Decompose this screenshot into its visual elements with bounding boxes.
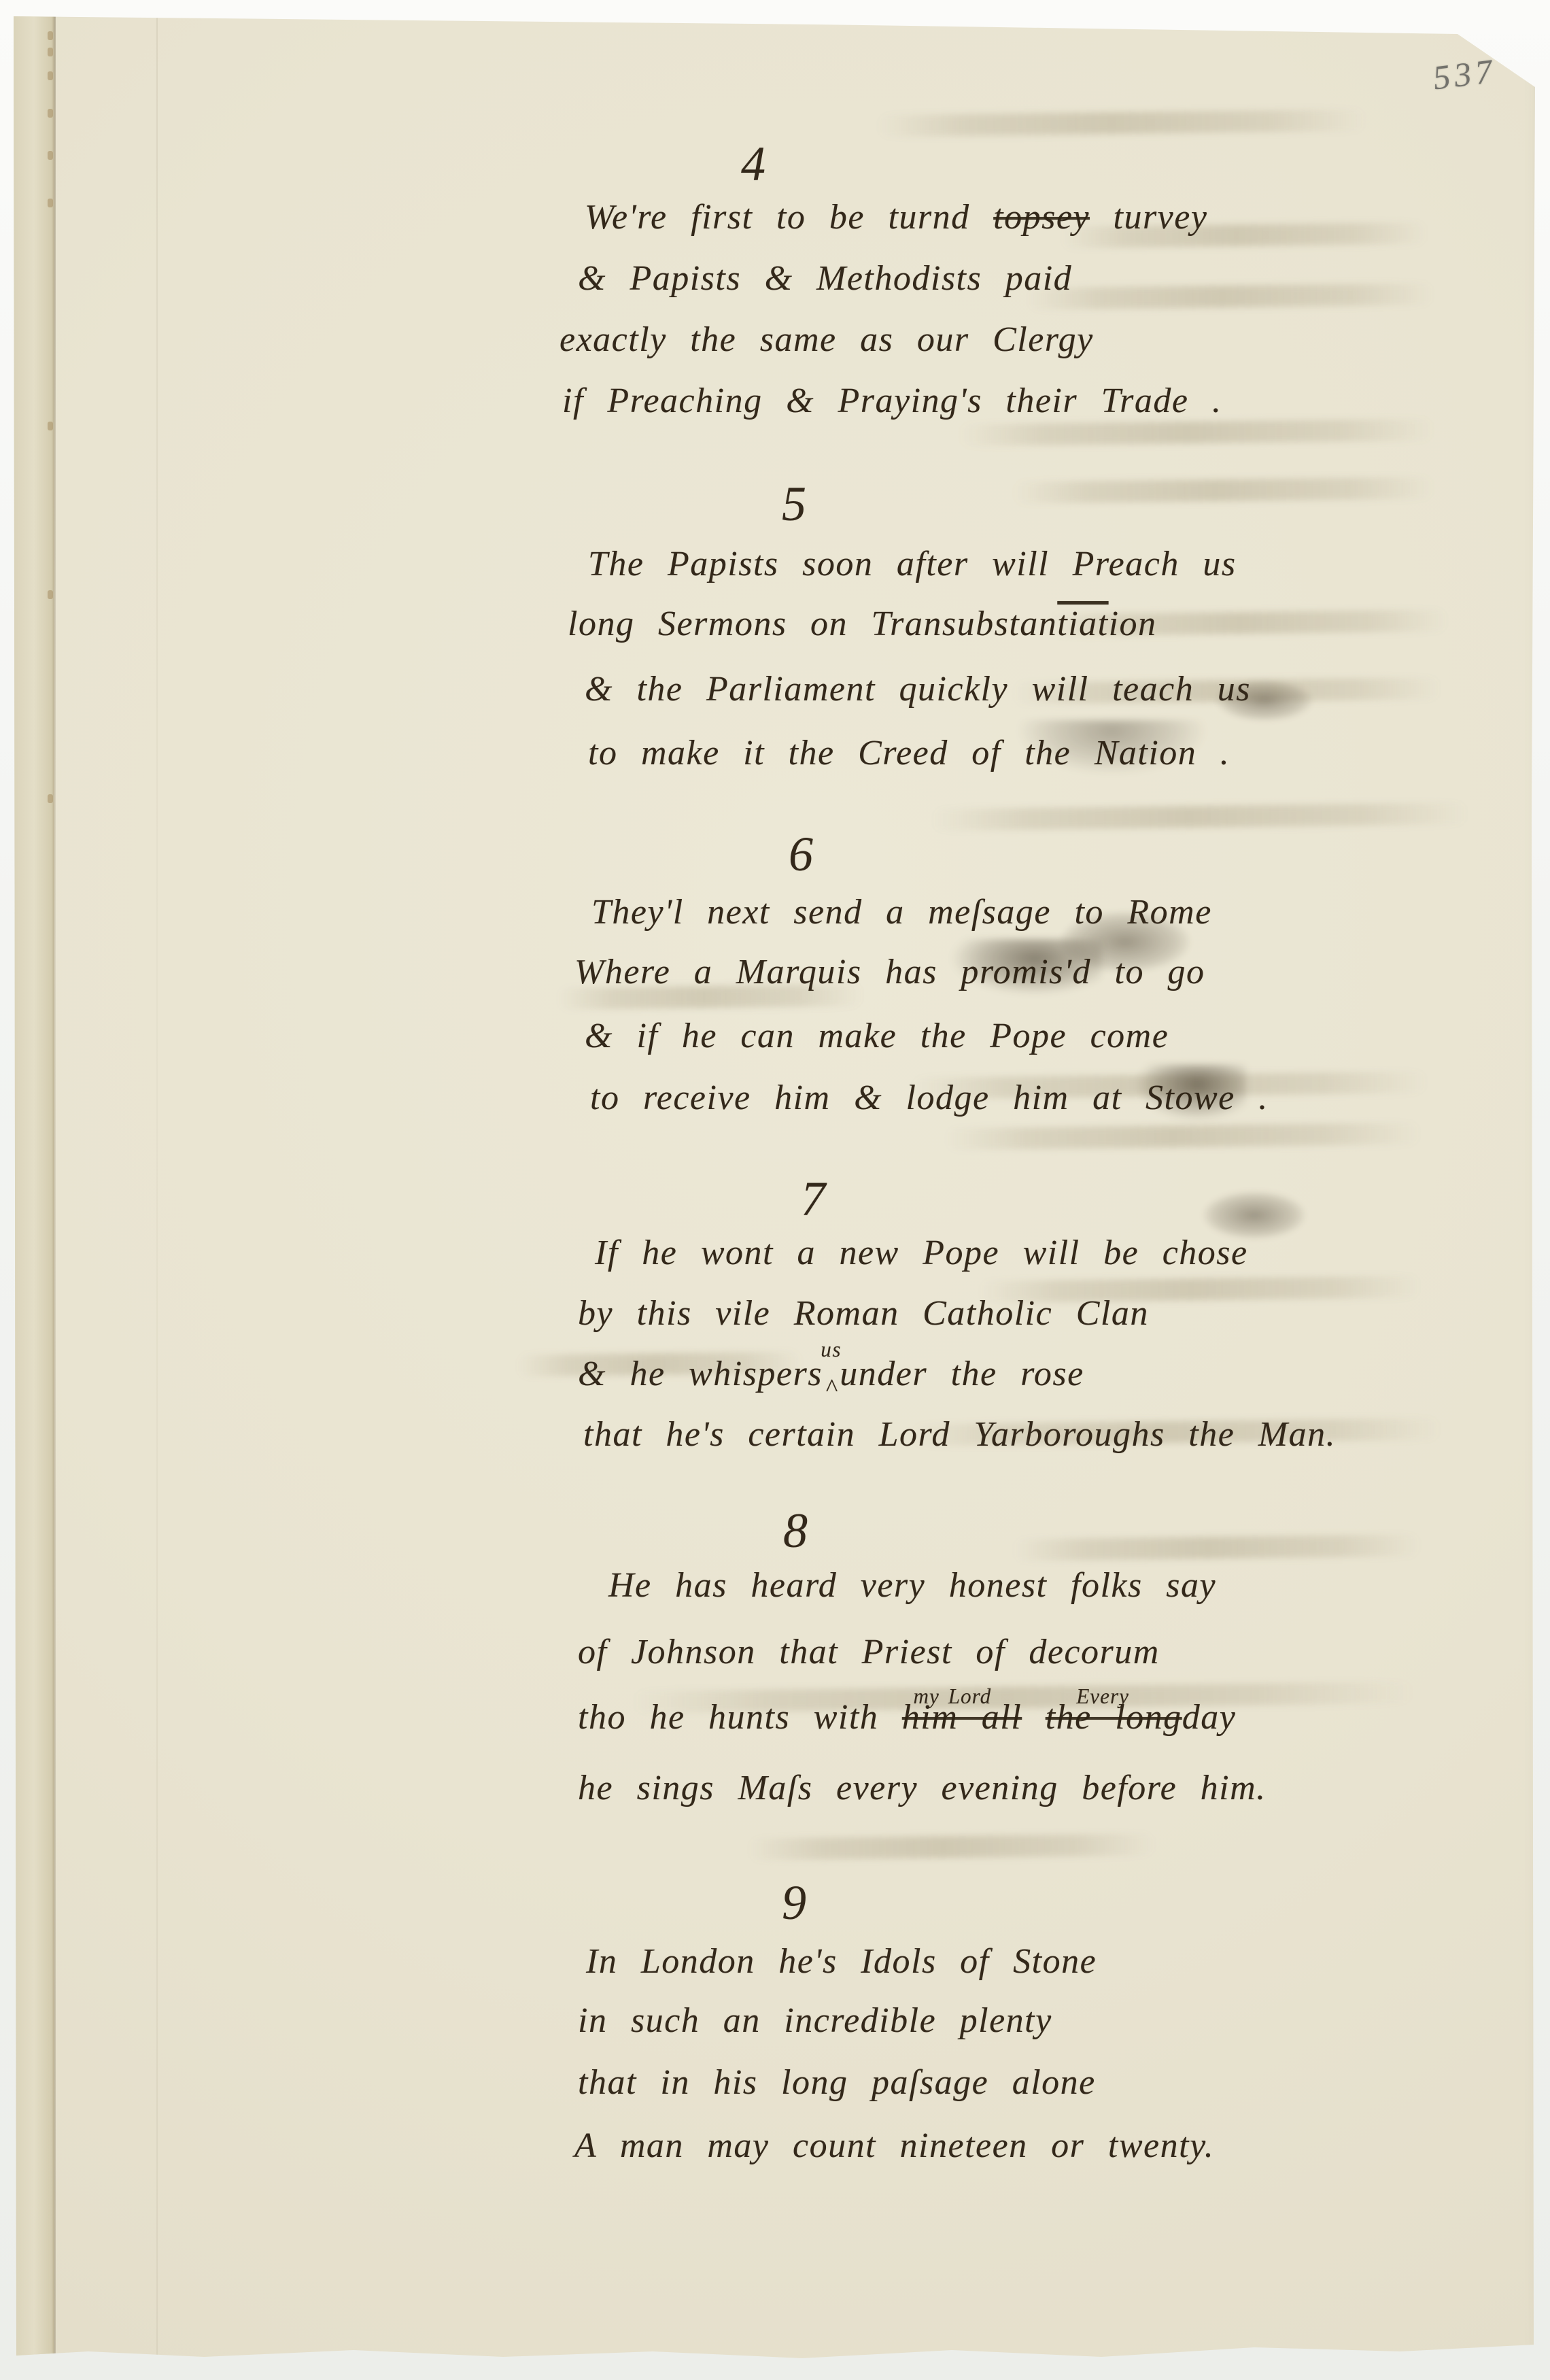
stitch-hole [48, 109, 53, 118]
verse-text: under the rose [840, 1355, 1084, 1393]
stitch-hole [48, 794, 53, 803]
verse-text: Where a Marquis has [574, 953, 961, 991]
binding-fold-strip [14, 15, 54, 2357]
verse-text [1022, 1698, 1046, 1737]
verse-text: & the Parliament quickly will teach us [585, 670, 1251, 709]
verse-line: Where a Marquis has promis'd to go [574, 952, 1205, 992]
overlined-text: tiat [1057, 605, 1108, 643]
verse-line: We're first to be turnd topsey turvey [585, 197, 1207, 237]
stanza-number: 4 [741, 136, 767, 192]
verse-text: tho he hunts with [578, 1698, 902, 1737]
struck-text: topsey [993, 198, 1090, 237]
verse-text: . [1235, 1078, 1269, 1117]
stitch-hole [48, 48, 53, 56]
verse-text: A man may count nineteen or twenty. [574, 2126, 1214, 2165]
verse-text: In London he's Idols of Stone [586, 1942, 1097, 1981]
inserted-word: Every [1076, 1684, 1129, 1709]
fold-crease-line [54, 14, 56, 2358]
verse-text: to go [1091, 953, 1205, 991]
verse-text: If he wont a new Pope will be chose [595, 1234, 1248, 1272]
verse-line: A man may count nineteen or twenty. [574, 2126, 1214, 2166]
verse-text: & Papists & Methodists paid [578, 259, 1072, 298]
verse-text: He has heard very honest folks say [608, 1566, 1216, 1605]
verse-text: ion [1109, 605, 1157, 643]
ink-blotted-text: promis'd [961, 953, 1091, 991]
verse-line: & the Parliament quickly will teach us [585, 669, 1251, 709]
verse-line: to make it the Creed of the Nation . [588, 733, 1230, 773]
struck-text: the longEvery [1046, 1698, 1182, 1737]
verse-text: of Johnson that Priest of decorum [578, 1633, 1160, 1671]
stitch-hole [48, 422, 53, 430]
verse-line: to receive him & lodge him at Stowe . [590, 1078, 1269, 1118]
verse-text: long Sermons on Transubstan [568, 605, 1057, 643]
verse-line: The Papists soon after will Preach us [588, 544, 1237, 584]
verse-line: tho he hunts with him allmy Lord the lon… [578, 1697, 1236, 1737]
verse-text: that he's certain Lord Yarboroughs the M… [583, 1415, 1336, 1454]
verse-text: They'l next send a meſsage to Rome [591, 893, 1212, 932]
verse-text: We're first to be turnd [585, 198, 993, 237]
struck-text: him allmy Lord [902, 1698, 1022, 1737]
verse-line: In London he's Idols of Stone [586, 1941, 1097, 1982]
verse-line: & if he can make the Pope come [585, 1016, 1169, 1056]
stitch-hole [48, 199, 53, 207]
verse-line: If he wont a new Pope will be chose [595, 1233, 1248, 1273]
bleedthrough-ghost-line [945, 1123, 1421, 1151]
ink-blotted-text: Stowe [1146, 1078, 1235, 1117]
verse-line: long Sermons on Transubstantiation [568, 604, 1157, 644]
bleedthrough-ghost-line [931, 802, 1468, 831]
verse-line: He has heard very honest folks say [608, 1565, 1216, 1605]
stanza-number: 5 [782, 476, 808, 532]
verse-text: & if he can make the Pope come [585, 1017, 1169, 1055]
ink-blotted-text: the Nation [1024, 734, 1196, 772]
verse-line: & he whispersus^under the rose [578, 1354, 1084, 1394]
verse-line: of Johnson that Priest of decorum [578, 1632, 1160, 1672]
stanza-number: 7 [801, 1171, 827, 1227]
verse-line: that in his long paſsage alone [578, 2062, 1096, 2103]
verse-text: that in his long paſsage alone [578, 2063, 1096, 2102]
stitch-hole [48, 151, 53, 160]
bleedthrough-ghost-line [1027, 283, 1434, 309]
bleedthrough-ghost-line [748, 1833, 1156, 1860]
verse-text: to receive him & lodge him at [590, 1078, 1146, 1117]
bleedthrough-ghost-line [1013, 477, 1434, 504]
verse-text: he sings Maſs every evening before him. [578, 1769, 1267, 1807]
verse-text: . [1196, 734, 1230, 772]
verse-line: by this vile Roman Catholic Clan [578, 1293, 1149, 1333]
verse-text: turvey [1090, 198, 1207, 237]
stitch-hole [48, 590, 53, 599]
bleedthrough-ghost-line [959, 419, 1434, 447]
verse-text: to make it the Creed of [588, 734, 1024, 772]
stanza-number: 8 [783, 1503, 809, 1559]
verse-line: & Papists & Methodists paid [578, 258, 1072, 299]
verse-line: that he's certain Lord Yarboroughs the M… [583, 1414, 1336, 1455]
stanza-number: 9 [782, 1875, 808, 1931]
secondary-crease-line [156, 14, 158, 2358]
stanza-number: 6 [789, 826, 814, 883]
verse-text: day [1182, 1698, 1237, 1737]
verse-text: if Preaching & Praying's their Trade . [562, 381, 1222, 420]
inserted-word: my Lord [914, 1684, 992, 1709]
stitch-hole [48, 31, 53, 40]
stitch-hole [48, 71, 53, 80]
verse-text: in such an incredible plenty [578, 2001, 1052, 2040]
verse-line: exactly the same as our Clergy [559, 320, 1094, 360]
page-number-pencil: 537 [1431, 51, 1498, 98]
manuscript-paper-sheet: 537 4We're first to be turnd topsey turv… [0, 0, 1550, 2380]
verse-text: exactly the same as our Clergy [559, 320, 1094, 359]
inserted-word-text: us [821, 1338, 842, 1362]
bleedthrough-ghost-line [877, 109, 1366, 137]
ink-blot [1203, 1191, 1305, 1239]
bleedthrough-ghost-line [1013, 1534, 1421, 1561]
inserted-word: us^ [825, 1354, 837, 1394]
verse-text: The Papists soon after will Preach us [588, 545, 1237, 583]
verse-text: by this vile Roman Catholic Clan [578, 1294, 1149, 1333]
verse-line: if Preaching & Praying's their Trade . [562, 381, 1222, 421]
scanned-page-canvas: 537 4We're first to be turnd topsey turv… [0, 0, 1550, 2380]
verse-line: They'l next send a meſsage to Rome [591, 892, 1212, 932]
verse-line: he sings Maſs every evening before him. [578, 1768, 1267, 1808]
verse-text: & he whispers [578, 1355, 823, 1393]
verse-line: in such an incredible plenty [578, 2001, 1052, 2041]
